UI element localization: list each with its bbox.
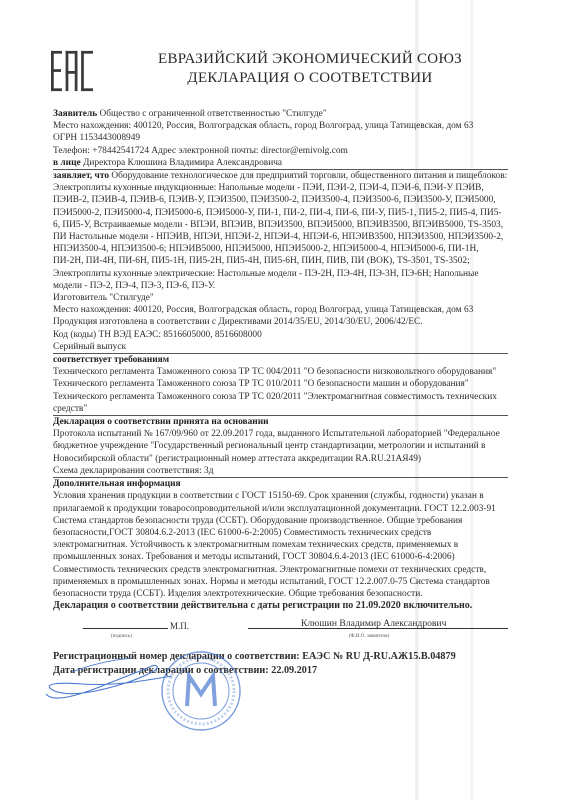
signature-caption: (подпись) (111, 631, 132, 643)
signature-row: (подпись) М.П. Клюшин Владимир Александр… (53, 616, 508, 650)
additional-info-label: Дополнительная информация (53, 478, 508, 490)
representative-label: в лице (53, 158, 81, 168)
eac-logo-icon (51, 49, 93, 91)
series-type: Серийный выпуск (53, 341, 508, 354)
tn-ved-codes: Код (коды) ТН ВЭД ЕАЭС: 8516605000, 8516… (53, 329, 508, 341)
validity-statement: Декларация о соответствии действительна … (53, 600, 508, 612)
registration-number-value: ЕАЭС № RU Д-RU.АЖ15.В.04879 (302, 651, 455, 662)
registration-date-value: 22.09.2017 (271, 665, 317, 676)
applicant-name: Общество с ограниченной ответственностью… (100, 109, 327, 119)
representative-name: Директора Клюшина Владимира Александрови… (83, 158, 282, 168)
representative-line: в лице Директора Клюшина Владимира Алекс… (53, 157, 508, 170)
signer-line (248, 628, 508, 629)
seal-label: М.П. (170, 620, 189, 632)
document-body: Заявитель Общество с ограниченной ответс… (53, 108, 508, 678)
product-description: заявляет, что Оборудование технологическ… (53, 170, 508, 292)
company-seal-icon (160, 650, 242, 732)
requirement-item: Технического регламента Таможенного союз… (53, 391, 508, 416)
declaration-scheme: Схема декларирования соответствия: 3д (53, 465, 508, 478)
union-title: ЕВРАЗИЙСКИЙ ЭКОНОМИЧЕСКИЙ СОЮЗ (140, 50, 480, 69)
manufacturer-address: Место нахождения: 400120, Россия, Волгог… (53, 304, 508, 316)
declares-label: заявляет, что (53, 171, 109, 181)
declaration-document: ЕВРАЗИЙСКИЙ ЭКОНОМИЧЕСКИЙ СОЮЗ ДЕКЛАРАЦИ… (0, 0, 566, 800)
applicant-address: Место нахождения: 400120, Россия, Волгог… (53, 120, 508, 132)
directives: Продукция изготовлена в соответствии с Д… (53, 316, 508, 328)
additional-info-text: Условия хранения продукции в соответстви… (53, 490, 508, 600)
applicant-contacts: Телефон: +78442541724 Адрес электронной … (53, 145, 508, 157)
basis-text: Протокола испытаний № 167/09/960 от 22.0… (53, 428, 508, 465)
requirement-item: Технического регламента Таможенного союз… (53, 366, 508, 378)
product-text: Оборудование технологическое для предпри… (53, 171, 507, 291)
document-title: ДЕКЛАРАЦИЯ О СООТВЕТСТВИИ (140, 69, 480, 88)
requirements-label: соответствует требованиям (53, 354, 508, 366)
manufacturer: Изготовитель "Стилгуде" (53, 292, 508, 304)
applicant-ogrn: ОГРН 1153443008949 (53, 132, 508, 144)
requirement-item: Технического регламента Таможенного союз… (53, 378, 508, 390)
applicant-line: Заявитель Общество с ограниченной ответс… (53, 108, 508, 120)
signer-caption: (Ф.И.О. заявителя) (349, 631, 389, 643)
basis-label: Декларация о соответствии принята на осн… (53, 416, 508, 428)
document-header: ЕВРАЗИЙСКИЙ ЭКОНОМИЧЕСКИЙ СОЮЗ ДЕКЛАРАЦИ… (140, 50, 480, 88)
applicant-label: Заявитель (53, 109, 97, 119)
signature-line (83, 628, 168, 629)
